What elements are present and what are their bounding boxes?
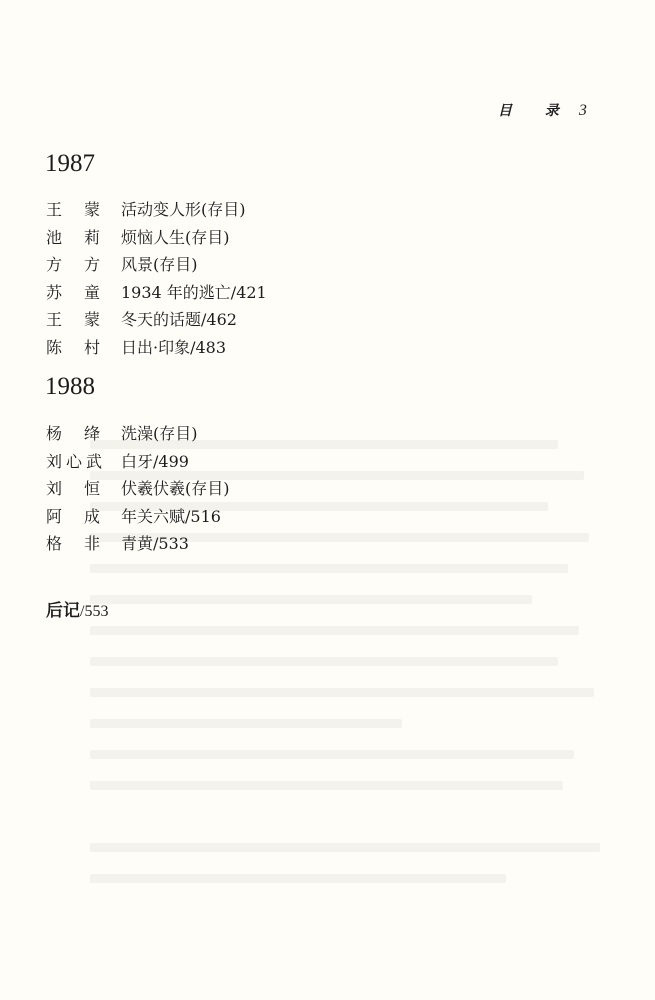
work-title: 伏羲伏羲(存目) [121,475,230,503]
author: 方方 [46,251,121,279]
author: 格非 [46,530,121,558]
running-head-title: 目 录 [498,103,573,119]
author: 池莉 [46,224,121,252]
toc-entry[interactable]: 陈村日出·印象/483 [46,334,267,362]
author: 苏童 [46,279,121,307]
afterword-label: 后记 [46,601,80,621]
work-title: 白牙/499 [121,448,189,476]
entries-1987: 王蒙活动变人形(存目) 池莉烦恼人生(存目) 方方风景(存目) 苏童1934 年… [46,196,267,362]
toc-entry[interactable]: 阿成年关六赋/516 [46,503,230,531]
work-title: 活动变人形(存目) [121,196,246,224]
toc-entry[interactable]: 杨绛洗澡(存目) [46,420,230,448]
entries-1988: 杨绛洗澡(存目) 刘心武白牙/499 刘恒伏羲伏羲(存目) 阿成年关六赋/516… [46,420,230,558]
work-title: 青黄/533 [121,530,189,558]
year-heading-1987: 1987 [45,150,95,178]
author: 陈村 [46,334,121,362]
author: 杨绛 [46,420,121,448]
work-title: 洗澡(存目) [121,420,198,448]
author: 阿成 [46,503,121,531]
toc-entry-afterword[interactable]: 后记/553 [46,596,108,621]
toc-entry[interactable]: 刘心武白牙/499 [46,448,230,476]
toc-entry[interactable]: 刘恒伏羲伏羲(存目) [46,475,230,503]
work-title: 冬天的话题/462 [121,306,237,334]
page-number: 3 [579,102,589,119]
year-heading-1988: 1988 [45,373,95,401]
toc-entry[interactable]: 苏童1934 年的逃亡/421 [46,279,267,307]
author: 刘恒 [46,475,121,503]
work-title: 1934 年的逃亡/421 [121,279,267,307]
author: 刘心武 [46,448,121,476]
running-head: 目 录3 [498,100,589,120]
author: 王蒙 [46,196,121,224]
work-title: 年关六赋/516 [121,503,221,531]
toc-entry[interactable]: 池莉烦恼人生(存目) [46,224,267,252]
work-title: 烦恼人生(存目) [121,224,230,252]
afterword-page: /553 [80,603,108,620]
toc-entry[interactable]: 方方风景(存目) [46,251,267,279]
toc-entry[interactable]: 王蒙冬天的话题/462 [46,306,267,334]
work-title: 风景(存目) [121,251,198,279]
toc-entry[interactable]: 王蒙活动变人形(存目) [46,196,267,224]
toc-entry[interactable]: 格非青黄/533 [46,530,230,558]
work-title: 日出·印象/483 [121,334,226,362]
author: 王蒙 [46,306,121,334]
